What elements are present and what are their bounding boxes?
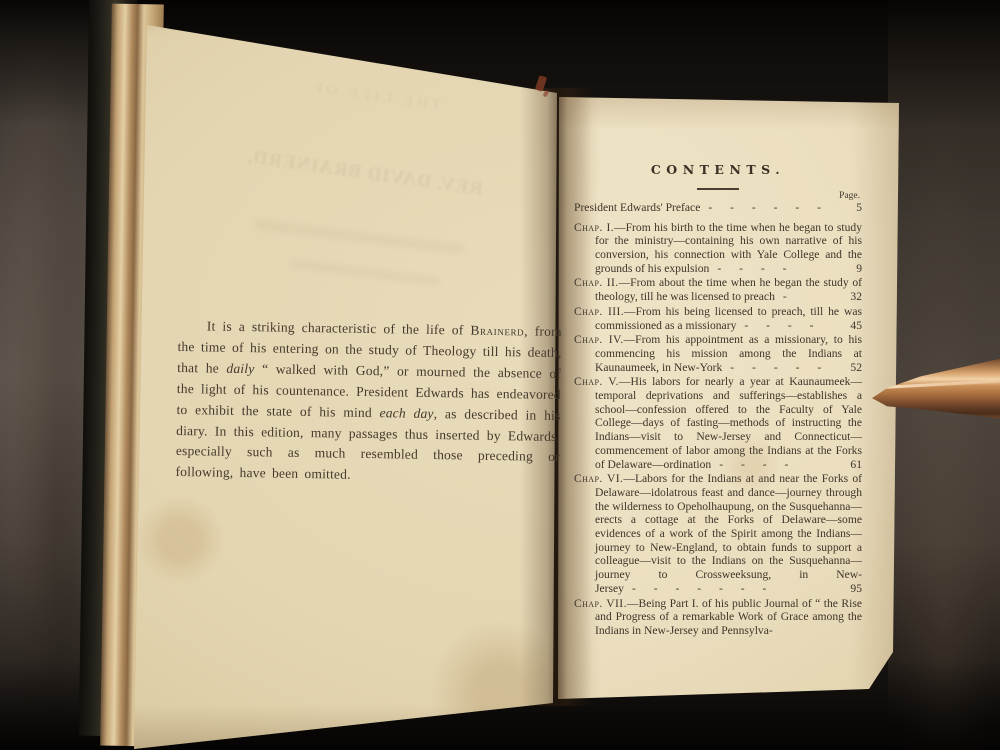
chapter-label: Chap. II.: [574, 276, 619, 289]
dash-leader: - - - -: [719, 458, 788, 471]
chapter-label: Chap. VII.: [574, 597, 627, 610]
book-photo-scene: THE LIFE OF REV. DAVID BRAINERD, It is a…: [0, 0, 1000, 750]
heading-rule: [697, 188, 739, 190]
dash-leader: - - - - - - -: [632, 582, 766, 595]
dash-leader: -: [783, 290, 787, 303]
chapter-label: Chap. V.: [574, 375, 619, 388]
toc-entry-preface: President Edwards' Preface- - - - - - 5: [574, 201, 862, 215]
dash-leader: - - - - - -: [708, 201, 821, 214]
chapter-page-number: 52: [850, 361, 862, 375]
dash-leader: - - - -: [717, 262, 786, 275]
toc-entry-chap-1: Chap. I.—From his birth to the time when…: [574, 221, 862, 276]
contents-page: CONTENTS. Page. President Edwards' Prefa…: [574, 162, 862, 639]
chapter-text: —From his appointment as a missionary, t…: [595, 333, 862, 373]
contents-heading: CONTENTS.: [574, 162, 862, 177]
page-column-label: Page.: [574, 191, 862, 201]
chapter-label: Chap. IV.: [574, 333, 624, 346]
chapter-text: —From his being licensed to preach, till…: [595, 305, 862, 332]
chapter-page-number: 45: [850, 319, 862, 333]
chapter-page-number: 9: [856, 262, 862, 276]
chapter-text: —From about the time when he began the s…: [595, 276, 862, 303]
chapter-text: —Labors for the Indians at and near the …: [595, 472, 862, 595]
toc-entry-chap-2: Chap. II.—From about the time when he be…: [574, 276, 862, 303]
toc-list: Chap. I.—From his birth to the time when…: [574, 221, 862, 638]
chapter-label: Chap. I.: [574, 221, 614, 234]
chapter-label: Chap. III.: [574, 305, 624, 318]
toc-entry-chap-5: Chap. V.—His labors for nearly a year at…: [574, 375, 862, 471]
preface-title: President Edwards' Preface: [574, 201, 700, 214]
preface-page-number: 5: [856, 201, 862, 215]
chapter-page-number: 61: [850, 458, 862, 472]
dash-leader: - - - - -: [730, 361, 821, 374]
toc-entry-chap-3: Chap. III.—From his being licensed to pr…: [574, 305, 862, 332]
chapter-text: —Being Part I. of his public Journal of …: [595, 597, 862, 637]
chapter-text: —His labors for nearly a year at Kaunaum…: [595, 375, 862, 470]
chapter-page-number: 95: [850, 582, 862, 596]
left-page-paragraph: It is a striking characteristic of the l…: [175, 316, 562, 489]
dash-leader: - - - -: [744, 319, 813, 332]
toc-entry-chap-4: Chap. IV.—From his appointment as a miss…: [574, 333, 862, 374]
chapter-page-number: 32: [850, 290, 862, 304]
toc-entry-chap-7: Chap. VII.—Being Part I. of his public J…: [574, 597, 862, 638]
chapter-label: Chap. VI.: [574, 472, 623, 485]
toc-entry-chap-6: Chap. VI.—Labors for the Indians at and …: [574, 472, 862, 595]
